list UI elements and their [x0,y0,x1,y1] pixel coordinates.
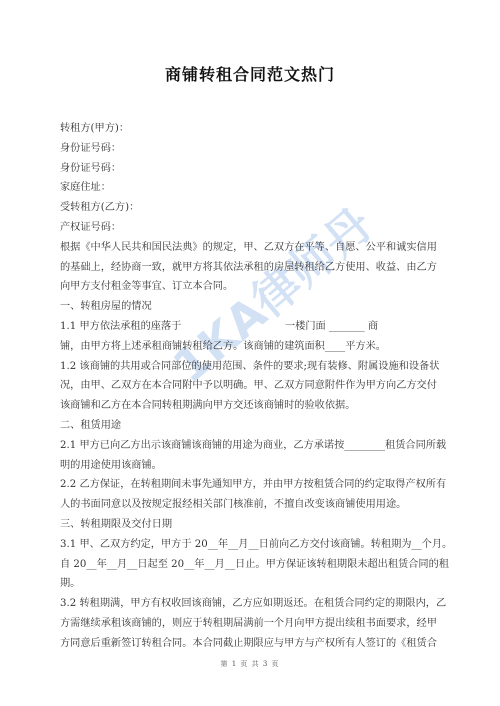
field-sublessor: 转租方(甲方)： [60,119,434,139]
field-id-number: 身份证号码： [60,159,434,179]
paragraph-line: 自 20__年__月__日起至 20__年__月__日止。甲方保证该转租期限未超… [60,555,434,575]
paragraph-line: 铺，由甲方将上述承租商铺转租给乙方。该商铺的建筑面积____平方米。 [60,337,434,357]
page-number: 第 1 页 共 3 页 [0,659,500,669]
paragraph-line: 2.2 乙方保证，在转租期间未事先通知甲方，并由甲方按租赁合同的约定取得产权所有 [60,475,434,495]
paragraph-line: 向甲方支付租金等事宜、订立本合同。 [60,277,434,297]
paragraph-line: 方需继续承租该商铺的，则应于转租期届满前一个月向甲方提出续租书面要求，经甲 [60,614,434,634]
field-home-address: 家庭住址： [60,178,434,198]
field-sublessee: 受转租方(乙方)： [60,198,434,218]
paragraph-line: 根据《中华人民共和国民法典》的规定，甲、乙双方在平等、自愿、公平和诚实信用 [60,238,434,258]
paragraph-line: 3.1 甲、乙双方约定，甲方于 20__年__月__日前向乙方交付该商铺。转租期… [60,535,434,555]
field-id-number: 身份证号码： [60,139,434,159]
paragraph-line: 2.1 甲方已向乙方出示该商铺该商铺的用途为商业，乙方承诺按________租赁… [60,436,434,456]
paragraph-line: 该商铺和乙方在本合同转租期满向甲方交还该商铺时的验收依据。 [60,396,434,416]
paragraph-line: 3.2 转租期满，甲方有权收回该商铺，乙方应如期返还。在租赁合同约定的期限内，乙 [60,594,434,614]
section-heading: 一、转租房屋的情况 [60,297,434,317]
field-property-cert: 产权证号码： [60,218,434,238]
document-body: 转租方(甲方)： 身份证号码： 身份证号码： 家庭住址： 受转租方(乙方)： 产… [60,119,434,654]
paragraph-line: 人的书面同意以及按规定报经相关部门核准前，不擅自改变该商铺使用用途。 [60,495,434,515]
document-title: 商铺转租合同范文热门 [0,62,500,85]
paragraph-line: 的基础上，经协商一致，就甲方将其依法承租的房屋转租给乙方使用、收益、由乙方 [60,258,434,278]
document-page: 1KA律师丹 商铺转租合同范文热门 转租方(甲方)： 身份证号码： 身份证号码：… [0,0,500,706]
paragraph-line: 1.1 甲方依法承租的座落于 一楼门面 _______ 商 [60,317,434,337]
paragraph-line: 况，由甲、乙双方在本合同附中予以明确。甲、乙双方同意附件作为甲方向乙方交付 [60,376,434,396]
section-heading: 二、租赁用途 [60,416,434,436]
section-heading: 三、转租期限及交付日期 [60,515,434,535]
paragraph-line: 1.2 该商铺的共用或合同部位的使用范围、条件的要求;现有装修、附属设施和设备状 [60,357,434,377]
paragraph-line: 方同意后重新签订转租合同。本合同截止期限应与甲方与产权所有人签订的《租赁合 [60,634,434,654]
paragraph-line: 期。 [60,574,434,594]
paragraph-line: 明的用途使用该商铺。 [60,456,434,476]
